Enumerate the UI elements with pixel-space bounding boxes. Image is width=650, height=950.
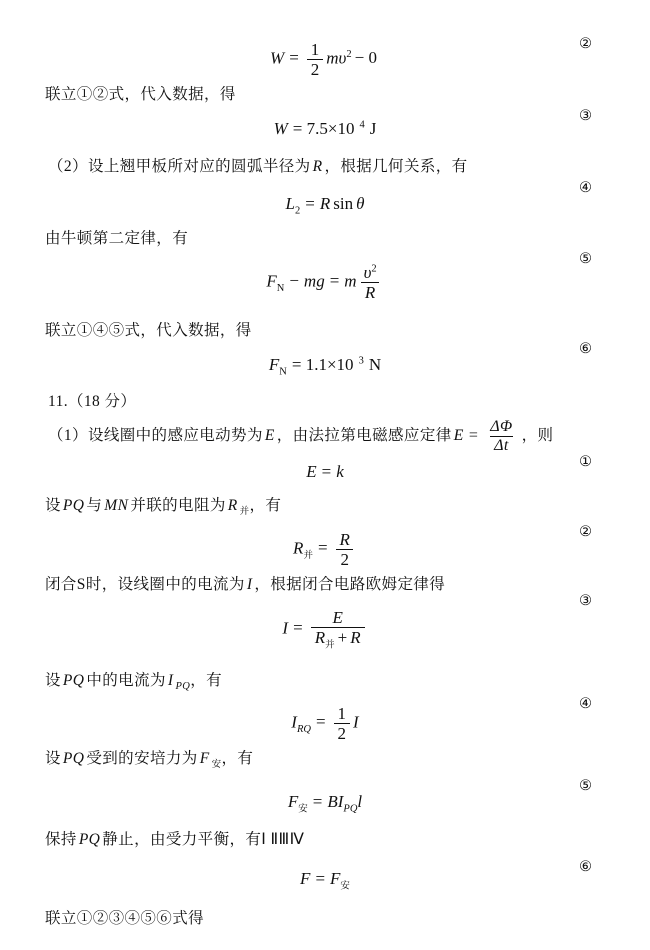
math-var: PQ bbox=[79, 831, 100, 848]
equation-number-6b: ⑥ bbox=[579, 859, 592, 875]
math-var: R bbox=[320, 194, 330, 213]
math-subscript: 安 bbox=[212, 760, 222, 770]
math-var: E bbox=[306, 462, 316, 481]
math-var: PQ bbox=[63, 497, 84, 514]
math-var: MN bbox=[104, 497, 128, 514]
fraction-numerator: 1 bbox=[307, 40, 324, 59]
math-operator: = bbox=[330, 271, 340, 291]
math-var: F bbox=[200, 750, 210, 767]
text-segment: （2）设上翘甲板所对应的圆弧半径为 bbox=[48, 158, 311, 175]
math-subscript: PQ bbox=[343, 803, 357, 814]
equation-newton-second-law: FN−mg=mυ2R bbox=[0, 263, 650, 302]
math-value: = 7.5×10 bbox=[293, 119, 355, 139]
line-faraday-intro: （1）设线圈中的感应电动势为E，由法拉第电磁感应定律E=ΔΦΔt，则 bbox=[48, 418, 553, 455]
math-unit: N bbox=[369, 355, 381, 375]
exam-answer-page: W=12mυ2− 0 ② 联立①②式，代入数据，得 W= 7.5×104J ③ … bbox=[0, 0, 650, 950]
text-segment: ，有 bbox=[221, 750, 253, 767]
math-superscript: 2 bbox=[346, 49, 351, 60]
text-segment: 设 bbox=[45, 750, 61, 767]
math-var: W bbox=[270, 48, 284, 67]
fraction: ΔΦΔt bbox=[484, 418, 518, 455]
inline-formula: E=ΔΦΔt bbox=[452, 427, 522, 444]
line-combine-1-4-5: 联立①④⑤式，代入数据，得 bbox=[45, 321, 252, 340]
text-segment: 设 bbox=[45, 497, 61, 514]
math-var: R bbox=[293, 538, 303, 557]
line-branch-current-intro: 设PQ中的电流为IPQ，有 bbox=[45, 671, 222, 693]
math-operator: = bbox=[315, 869, 325, 889]
equation-number-4b: ④ bbox=[579, 696, 592, 712]
equation-number-3b: ③ bbox=[579, 593, 592, 609]
math-var: mυ bbox=[326, 48, 346, 67]
math-var: E bbox=[265, 427, 275, 444]
math-var: W bbox=[274, 119, 288, 138]
equation-number-4: ④ bbox=[579, 180, 592, 196]
equation-arc-geometry: L2=Rsinθ bbox=[0, 194, 650, 218]
math-var: R bbox=[313, 158, 323, 175]
math-var: θ bbox=[356, 194, 364, 213]
math-function: sin bbox=[333, 194, 353, 214]
text-segment: ，有 bbox=[250, 497, 282, 514]
math-operator: = bbox=[318, 538, 328, 558]
fraction-denominator: R并+R bbox=[311, 627, 365, 651]
text-segment: ，有 bbox=[190, 672, 222, 689]
math-var: l bbox=[357, 792, 362, 811]
math-var: BI bbox=[327, 792, 343, 811]
math-var: F bbox=[269, 355, 279, 374]
equation-ampere-force: F安=BIPQl bbox=[0, 792, 650, 816]
fraction: 12 bbox=[307, 40, 324, 79]
math-unit: J bbox=[370, 119, 377, 139]
text-segment: 受到的安培力为 bbox=[86, 750, 197, 767]
fraction: υ2R bbox=[360, 263, 381, 302]
math-operator: = bbox=[305, 194, 315, 214]
line-combine-all: 联立①②③④⑤⑥式得 bbox=[45, 909, 204, 928]
math-subscript: 安 bbox=[298, 804, 308, 814]
math-operator: = bbox=[293, 618, 303, 638]
equation-number-5b: ⑤ bbox=[579, 778, 592, 794]
line-q11-heading: 11.（18 分） bbox=[48, 392, 136, 411]
equation-number-1: ① bbox=[579, 454, 592, 470]
fraction-numerator: 1 bbox=[334, 704, 351, 723]
line-ampere-force-intro: 设PQ受到的安培力为F安，有 bbox=[45, 749, 253, 772]
fraction-denominator: 2 bbox=[334, 723, 351, 743]
math-var: I bbox=[282, 618, 288, 637]
equation-number-6: ⑥ bbox=[579, 341, 592, 357]
math-var: I bbox=[247, 576, 253, 593]
text-segment: ，由法拉第电磁感应定律 bbox=[277, 427, 452, 444]
math-var: k bbox=[336, 462, 344, 481]
fraction-numerator: R bbox=[336, 530, 354, 549]
fraction-denominator: Δt bbox=[490, 436, 513, 455]
math-exponent: 3 bbox=[359, 355, 364, 366]
text-segment: 并联的电阻为 bbox=[130, 497, 225, 514]
equation-number-5: ⑤ bbox=[579, 251, 592, 267]
equation-parallel-resistance: R并=R2 bbox=[0, 530, 650, 569]
fraction-numerator: υ2 bbox=[360, 263, 381, 282]
math-var: I bbox=[353, 712, 359, 731]
fraction-denominator: 2 bbox=[307, 59, 324, 79]
math-subscript: PQ bbox=[175, 681, 190, 692]
text-segment: 保持 bbox=[45, 831, 77, 848]
text-segment: 与 bbox=[86, 497, 102, 514]
line-part2-intro: （2）设上翘甲板所对应的圆弧半径为R，根据几何关系，有 bbox=[48, 157, 468, 176]
equation-branch-current: IRQ=12I bbox=[0, 704, 650, 743]
math-operator: + bbox=[338, 628, 348, 647]
math-value: = 1.1×10 bbox=[292, 355, 354, 375]
math-var: R bbox=[315, 628, 325, 647]
math-var: R bbox=[228, 497, 238, 514]
equation-normal-force-value: FN= 1.1×103N bbox=[0, 355, 650, 379]
math-operator: = bbox=[322, 462, 332, 482]
math-term: − 0 bbox=[355, 48, 377, 68]
text-segment: 闭合S时，设线圈中的电流为 bbox=[45, 576, 245, 593]
math-var: R bbox=[350, 628, 360, 647]
math-operator: = bbox=[316, 712, 326, 732]
fraction: R2 bbox=[336, 530, 354, 569]
math-subscript: 并 bbox=[240, 507, 250, 517]
math-superscript: 2 bbox=[371, 263, 376, 274]
line-combine-1-2: 联立①②式，代入数据，得 bbox=[45, 85, 236, 104]
math-operator: = bbox=[313, 792, 323, 812]
fraction-denominator: 2 bbox=[336, 549, 353, 569]
math-var: L bbox=[286, 194, 295, 213]
math-var: F bbox=[266, 271, 276, 290]
math-subscript: N bbox=[277, 283, 285, 294]
math-var: F bbox=[288, 792, 298, 811]
math-subscript: 并 bbox=[303, 551, 313, 561]
math-var: E bbox=[454, 427, 464, 444]
equation-number-2b: ② bbox=[579, 524, 592, 540]
text-segment: ，根据闭合电路欧姆定律得 bbox=[254, 576, 445, 593]
math-var: F bbox=[300, 869, 310, 888]
math-subscript: 2 bbox=[295, 205, 300, 216]
math-operator: = bbox=[469, 426, 478, 446]
fraction: ER并+R bbox=[311, 608, 365, 651]
equation-force-balance: F=F安 bbox=[0, 869, 650, 893]
equation-work-value: W= 7.5×104J bbox=[0, 119, 650, 139]
math-exponent: 4 bbox=[359, 119, 364, 130]
text-segment: ，则 bbox=[522, 427, 554, 444]
line-ohm-law-intro: 闭合S时，设线圈中的电流为I，根据闭合电路欧姆定律得 bbox=[45, 575, 445, 594]
math-subscript: RQ bbox=[297, 724, 311, 735]
fraction-numerator: ΔΦ bbox=[486, 418, 516, 436]
line-force-balance-intro: 保持PQ静止，由受力平衡，有Ⅰ ⅡⅢⅣ bbox=[45, 830, 304, 849]
fraction: 12 bbox=[334, 704, 351, 743]
equation-circuit-current: I=ER并+R bbox=[0, 608, 650, 651]
math-subscript: N bbox=[279, 366, 287, 377]
math-var: m bbox=[344, 271, 356, 290]
text-segment: 设 bbox=[45, 672, 61, 689]
equation-emf: E=k bbox=[0, 462, 650, 482]
fraction-denominator: R bbox=[361, 282, 379, 302]
math-var: I bbox=[168, 672, 174, 689]
math-operator: = bbox=[289, 48, 299, 68]
line-newton-intro: 由牛顿第二定律，有 bbox=[45, 229, 188, 248]
text-segment: ，根据几何关系，有 bbox=[324, 158, 467, 175]
line-parallel-resistance-intro: 设PQ与MN并联的电阻为R并，有 bbox=[45, 496, 281, 519]
text-segment: 静止，由受力平衡，有Ⅰ ⅡⅢⅣ bbox=[102, 831, 304, 848]
equation-number-3: ③ bbox=[579, 108, 592, 124]
math-subscript: 安 bbox=[340, 881, 350, 891]
math-subscript: 并 bbox=[325, 640, 335, 650]
math-var: R bbox=[365, 283, 375, 302]
equation-work-energy: W=12mυ2− 0 bbox=[0, 40, 650, 79]
math-operator: − bbox=[289, 271, 299, 291]
text-segment: （1）设线圈中的感应电动势为 bbox=[48, 427, 263, 444]
math-var: mg bbox=[304, 271, 325, 290]
math-var: F bbox=[330, 869, 340, 888]
fraction-numerator: E bbox=[328, 608, 346, 627]
text-segment: 中的电流为 bbox=[86, 672, 166, 689]
math-var: PQ bbox=[63, 750, 84, 767]
math-var: PQ bbox=[63, 672, 84, 689]
equation-number-2: ② bbox=[579, 36, 592, 52]
